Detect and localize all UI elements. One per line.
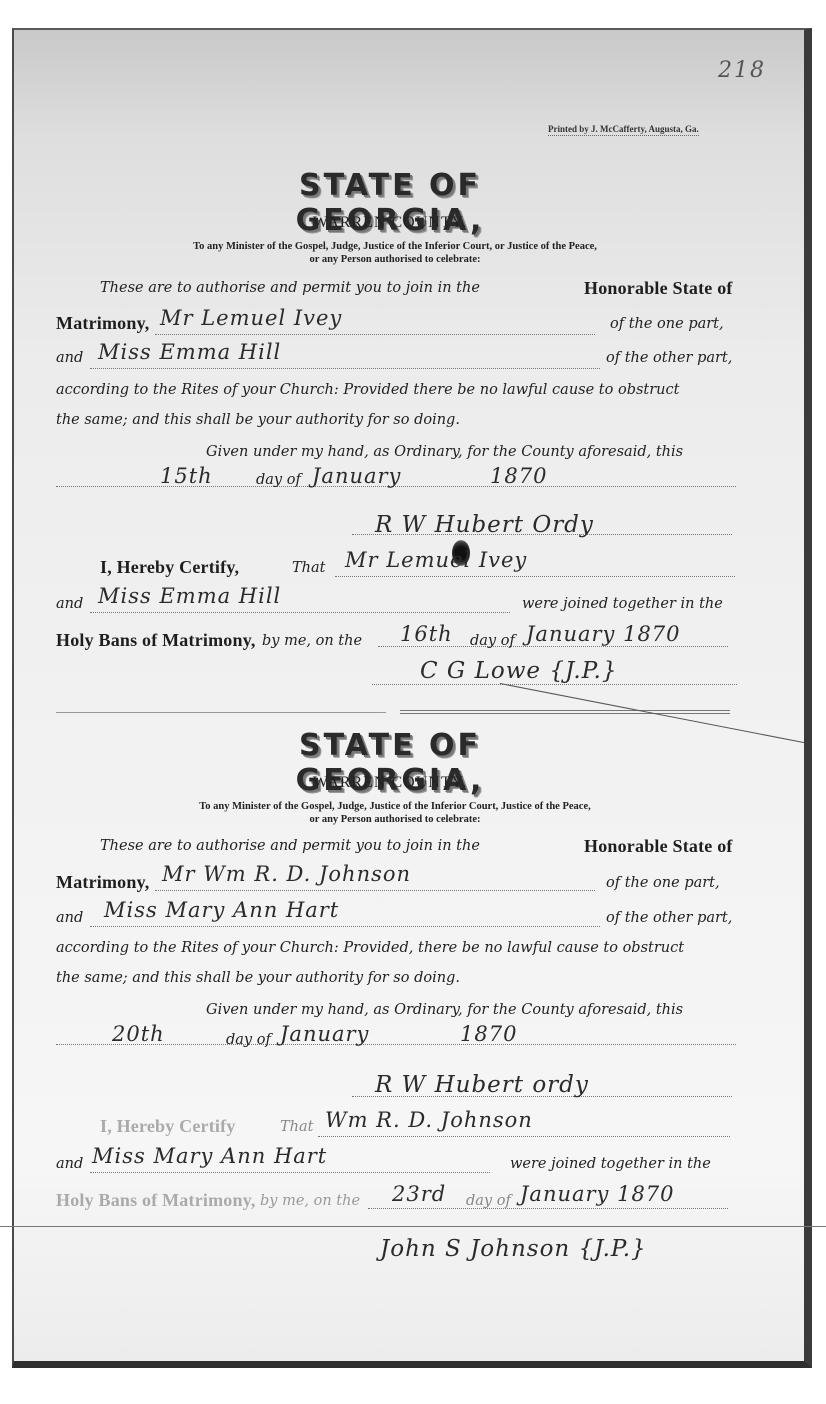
cert-day: 23rd bbox=[392, 1182, 446, 1206]
holy-bans-label: Holy Bans of Matrimony, bbox=[56, 1190, 256, 1211]
bride-name: Miss Emma Hill bbox=[98, 340, 281, 364]
hereby-certify-label: I, Hereby Certify bbox=[100, 1116, 236, 1137]
cert-month-year: January 1870 bbox=[526, 622, 681, 646]
license-text-line-4: according to the Rites of your Church: P… bbox=[56, 940, 684, 956]
given-under-hand-line: Given under my hand, as Ordinary, for th… bbox=[206, 444, 683, 460]
cert-month-year: January 1870 bbox=[520, 1182, 675, 1206]
ordinary-signature: R W Hubert ordy bbox=[375, 1072, 589, 1098]
cert-day: 16th bbox=[400, 622, 453, 646]
address-line-1: To any Minister of the Gospel, Judge, Ju… bbox=[100, 240, 690, 253]
matrimony-label: Matrimony, bbox=[56, 872, 150, 893]
county-name: WARREN COUNTY. bbox=[200, 214, 580, 232]
and-label: and bbox=[56, 596, 83, 612]
day-of-label: day of bbox=[226, 1032, 271, 1048]
bride-name: Miss Mary Ann Hart bbox=[104, 898, 339, 922]
printer-credit: Printed by J. McCafferty, Augusta, Ga. bbox=[548, 124, 699, 136]
license-month: January bbox=[312, 464, 401, 488]
county-name: WARREN COUNTY. bbox=[200, 774, 580, 792]
one-part-label: of the one part, bbox=[606, 875, 720, 891]
address-line-2: or any Person authorised to celebrate: bbox=[100, 253, 690, 266]
license-day: 20th bbox=[112, 1022, 165, 1046]
license-month: January bbox=[280, 1022, 369, 1046]
by-me-label: by me, on the bbox=[260, 1193, 360, 1209]
license-year: 1870 bbox=[490, 464, 547, 488]
address-line-1: To any Minister of the Gospel, Judge, Ju… bbox=[100, 800, 690, 813]
joined-together-label: were joined together in the bbox=[522, 596, 723, 612]
joined-together-label: were joined together in the bbox=[510, 1156, 711, 1172]
cert-groom-name: Wm R. D. Johnson bbox=[325, 1108, 533, 1132]
other-part-label: of the other part, bbox=[606, 350, 732, 366]
cert-bride-name: Miss Mary Ann Hart bbox=[92, 1144, 327, 1168]
cert-groom-name: Mr Lemuel Ivey bbox=[345, 548, 527, 572]
holy-bans-label: Holy Bans of Matrimony, bbox=[56, 630, 256, 651]
horizontal-stray-line bbox=[0, 1226, 826, 1227]
given-under-hand-line: Given under my hand, as Ordinary, for th… bbox=[206, 1002, 683, 1018]
officiant-signature: C G Lowe {J.P.} bbox=[420, 658, 617, 684]
one-part-label: of the one part, bbox=[610, 316, 724, 332]
address-line: To any Minister of the Gospel, Judge, Ju… bbox=[100, 800, 690, 826]
day-of-label: day of bbox=[256, 472, 301, 488]
license-text-line-1: These are to authorise and permit you to… bbox=[100, 838, 480, 854]
cert-bride-name: Miss Emma Hill bbox=[98, 584, 281, 608]
honorable-state-label: Honorable State of bbox=[584, 278, 733, 299]
license-year: 1870 bbox=[460, 1022, 517, 1046]
and-label: and bbox=[56, 1156, 83, 1172]
license-text-line-5: the same; and this shall be your authori… bbox=[56, 412, 460, 428]
day-of-label: day of bbox=[470, 633, 515, 649]
by-me-label: by me, on the bbox=[262, 633, 362, 649]
separator-rule bbox=[56, 712, 386, 713]
ordinary-signature: R W Hubert Ordy bbox=[375, 512, 594, 538]
groom-name: Mr Lemuel Ivey bbox=[160, 306, 342, 330]
and-label: and bbox=[56, 350, 83, 366]
that-label: That bbox=[280, 1119, 313, 1135]
day-of-label: day of bbox=[466, 1193, 511, 1209]
honorable-state-label: Honorable State of bbox=[584, 836, 733, 857]
that-label: That bbox=[292, 560, 325, 576]
page-number: 218 bbox=[718, 58, 766, 83]
hereby-certify-label: I, Hereby Certify, bbox=[100, 557, 239, 578]
separator-double-rule bbox=[400, 710, 730, 714]
license-day: 15th bbox=[160, 464, 213, 488]
address-line: To any Minister of the Gospel, Judge, Ju… bbox=[100, 240, 690, 266]
officiant-signature: John S Johnson {J.P.} bbox=[380, 1236, 647, 1262]
address-line-2: or any Person authorised to celebrate: bbox=[100, 813, 690, 826]
license-text-line-4: according to the Rites of your Church: P… bbox=[56, 382, 679, 398]
license-text-line-1: These are to authorise and permit you to… bbox=[100, 280, 480, 296]
and-label: and bbox=[56, 910, 83, 926]
groom-name: Mr Wm R. D. Johnson bbox=[162, 862, 411, 886]
other-part-label: of the other part, bbox=[606, 910, 732, 926]
license-text-line-5: the same; and this shall be your authori… bbox=[56, 970, 460, 986]
matrimony-label: Matrimony, bbox=[56, 313, 150, 334]
